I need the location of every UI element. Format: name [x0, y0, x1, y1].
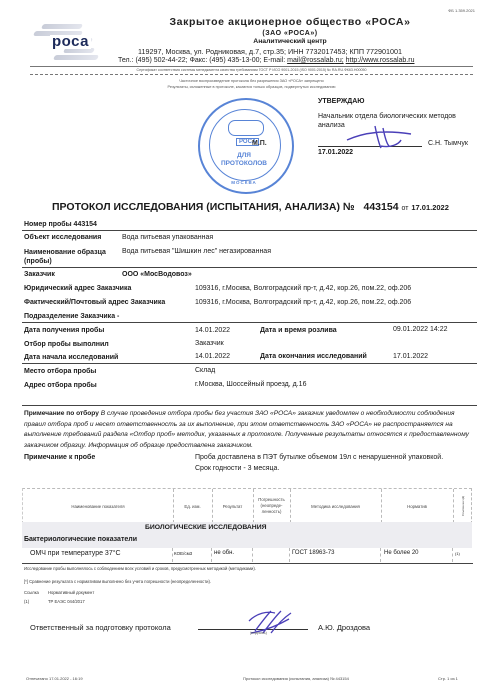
stamp-line2: ПРОТОКОЛОВ — [200, 160, 288, 167]
bottling-value: 09.01.2022 14:22 — [393, 326, 448, 333]
sample-note-line1: Проба доставлена в ПЭТ бутылке объемом 1… — [195, 454, 443, 461]
ref-document: ТР ЕАЭС 044/2017 — [48, 599, 85, 604]
sampled-by-value: Заказчик — [195, 340, 224, 347]
signature-label: Ответственный за подготовку протокола — [30, 623, 171, 632]
table-row: ОМЧ при температуре 37°С КОЕ/см3 не обн.… — [22, 548, 472, 562]
footnote-conditions: Исследование пробы выполнялось с соблюде… — [24, 566, 256, 571]
bottling-label: Дата и время розлива — [260, 327, 337, 334]
protocol-date: 17.01.2022 — [411, 203, 449, 212]
sample-name-label: Наименование образца (пробы) — [24, 248, 116, 266]
preparer-name: А.Ю. Дроздова — [318, 623, 370, 632]
received-value: 14.01.2022 — [195, 327, 230, 334]
legal-address-label: Юридический адрес Заказчика — [24, 285, 131, 292]
logo-text: роса — [50, 35, 91, 49]
email-link[interactable]: mail@rossalab.ru; — [287, 57, 344, 64]
ref-number: (1) — [24, 599, 29, 604]
sampling-note-label: Примечание по отбору — [24, 410, 99, 417]
cell-ref: (1) — [455, 551, 460, 556]
sample-note-line2: Срок годности - 3 месяца. — [195, 465, 279, 472]
customer-label: Заказчик — [24, 271, 55, 278]
signature-caption: (подпись) — [250, 631, 267, 635]
th-result: Результат — [212, 489, 253, 523]
cell-name: ОМЧ при температуре 37°С — [30, 550, 121, 557]
group-title: Бактериологические показатели — [24, 536, 137, 543]
stamp-city: МОСКВА — [200, 180, 288, 185]
end-date-label: Дата окончания исследований — [260, 353, 367, 360]
ref-header-col2: Нормативный документ — [48, 590, 94, 595]
postal-address-value: 109316, г.Москва, Волгоградский пр-т, д.… — [195, 299, 411, 306]
address-line: 119297, Москва, ул. Родниковая, д.7, стр… — [138, 47, 402, 56]
sampling-address-label: Адрес отбора пробы — [24, 382, 97, 389]
company-stamp: РОСА ДЛЯ ПРОТОКОЛОВ МОСКВА — [198, 98, 294, 194]
footer-doc: Протокол исследования (испытания, анализ… — [243, 676, 349, 681]
th-indicator: Наименование показателя — [23, 489, 173, 523]
form-code: ФБ 1.359.2021 — [448, 8, 475, 13]
th-unit: Ед. изм. — [173, 489, 212, 523]
website-link[interactable]: http://www.rossalab.ru — [346, 57, 415, 64]
place-label: Место отбора пробы — [24, 368, 96, 375]
th-error: Погрешность (неопреде-ленность) — [253, 489, 290, 523]
cell-unit: КОЕ/см3 — [174, 551, 192, 556]
division-label: Подразделение Заказчика - — [24, 313, 119, 320]
object-label: Объект исследования — [24, 234, 101, 241]
phone: Тел.: (495) 502-44-22; — [118, 57, 188, 64]
th-ref: Ссылка на НД — [454, 489, 472, 523]
ref-header-col1: Ссылка — [24, 590, 39, 595]
footer-page: Стр. 1 из 1 — [438, 676, 458, 681]
received-label: Дата получения пробы — [24, 327, 104, 334]
notice-results: Результаты, изложенные в протоколе, каса… — [30, 85, 473, 89]
contacts-line: Тел.: (495) 502-44-22; Факс: (495) 435-1… — [118, 57, 414, 64]
approval-title: УТВЕРЖДАЮ — [318, 98, 478, 105]
start-date-label: Дата начала исследований — [24, 354, 118, 361]
protocol-number: 443154 — [364, 201, 399, 213]
approval-name: С.Н. Тымчук — [428, 140, 468, 147]
approval-signature — [345, 122, 415, 152]
cell-result: не обн. — [214, 550, 234, 556]
sampling-address-value: г.Москва, Шоссейный проезд, д.16 — [195, 381, 306, 388]
approval-date: 17.01.2022 — [318, 149, 353, 156]
postal-address-label: Фактический/Почтовый адрес Заказчика — [24, 299, 165, 306]
stamp-line1: ДЛЯ — [200, 152, 288, 159]
company-name: Закрытое акционерное общество «РОСА» — [120, 16, 460, 28]
protocol-title-text: ПРОТОКОЛ ИССЛЕДОВАНИЯ (ИСПЫТАНИЯ, АНАЛИЗ… — [52, 201, 355, 213]
sample-note-label: Примечание к пробе — [24, 454, 95, 461]
th-method: Методика исследования — [290, 489, 381, 523]
start-date-value: 14.01.2022 — [195, 353, 230, 360]
stamp-mp: М.П. — [252, 140, 267, 147]
footer-printed: Отпечатано 17.01.2022 - 16:19 — [26, 676, 83, 681]
company-short: (ЗАО «РОСА») — [120, 30, 460, 37]
th-norm: Норматив — [381, 489, 453, 523]
customer-value: ООО «МосВодовоз» — [122, 271, 192, 278]
cell-norm: Не более 20 — [384, 550, 419, 556]
protocol-date-prefix: от — [401, 205, 408, 212]
fax: Факс: (495) 435-13-00; — [190, 57, 262, 64]
results-table-header: Наименование показателя Ед. изм. Результ… — [22, 488, 472, 524]
company-header: Закрытое акционерное общество «РОСА» (ЗА… — [120, 16, 460, 45]
rosa-logo: роса — [30, 18, 110, 64]
department: Аналитический центр — [120, 38, 460, 45]
section-title: БИОЛОГИЧЕСКИЕ ИССЛЕДОВАНИЯ — [145, 524, 266, 531]
sampling-note: Примечание по отбору В случае проведения… — [24, 409, 476, 451]
cell-method: ГОСТ 18963-73 — [292, 550, 334, 556]
legal-address-value: 109316, г.Москва, Волгоградский пр-т, д.… — [195, 285, 411, 292]
place-value: Склад — [195, 367, 215, 374]
object-value: Вода питьевая упакованная — [122, 234, 213, 241]
protocol-title: ПРОТОКОЛ ИССЛЕДОВАНИЯ (ИСПЫТАНИЯ, АНАЛИЗ… — [52, 201, 449, 213]
email-label: E-mail: — [263, 57, 285, 64]
footnote-comparison: [*] Сравнение результата с нормативом вы… — [24, 579, 211, 584]
sampled-by-label: Отбор пробы выполнил — [24, 341, 109, 348]
certificate-line: Сертификат соответствия системы менеджме… — [30, 68, 473, 72]
sample-name-value: Вода питьевая "Шишкин лес" негазированна… — [122, 248, 271, 255]
sample-number: Номер пробы 443154 — [24, 221, 97, 228]
end-date-value: 17.01.2022 — [393, 353, 428, 360]
notice-reproduction: Частичное воспроизведение протокола без … — [30, 79, 473, 83]
